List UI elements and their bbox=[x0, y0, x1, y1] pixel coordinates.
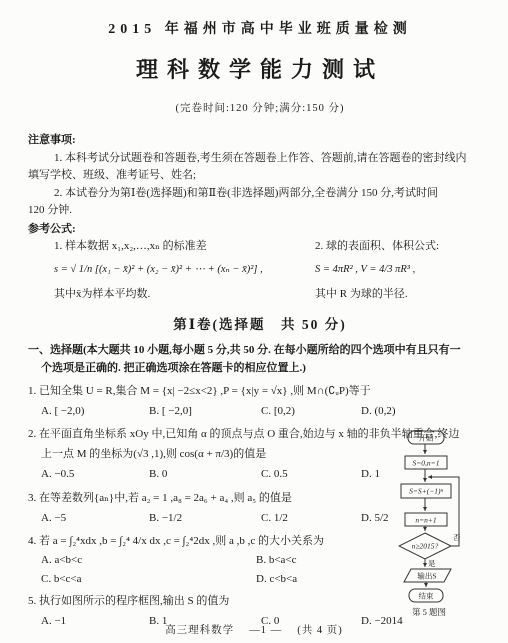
question-1-option-c: C. [0,2) bbox=[261, 401, 361, 422]
question-1-option-d: D. (0,2) bbox=[361, 401, 492, 422]
note-item-1-line-1: 1. 本科考试分试题卷和答题卷,考生须在答题卷上作答、答题前,请在答题卷的密封线… bbox=[28, 150, 492, 168]
flowchart-init-label: S=0,n=1 bbox=[413, 459, 440, 468]
notes-section: 注意事项: 1. 本科考试分试题卷和答题卷,考生须在答题卷上作答、答题前,请在答… bbox=[28, 132, 492, 220]
exam-paper-page: 2015 年福州市高中毕业班质量检测 理科数学能力测试 (完卷时间:120 分钟… bbox=[0, 0, 508, 643]
flowchart-accumulate-label: S=S+(−1)ⁿ bbox=[409, 487, 443, 496]
notes-heading: 注意事项: bbox=[28, 132, 492, 150]
flowchart-diagram: 开始 S=0,n=1 S=S+(−1)ⁿ n=n+1 n≥2015? 否 是 bbox=[398, 429, 508, 604]
formula-right-title: 2. 球的表面积、体积公式: bbox=[315, 238, 488, 256]
formula-left-title: 1. 样本数据 x₁,x₂,…,xₙ 的标准差 bbox=[54, 238, 313, 256]
question-2-option-c: C. 0.5 bbox=[261, 464, 361, 485]
flowchart-no-label: 否 bbox=[453, 533, 461, 542]
formula-right-note: 其中 R 为球的半径. bbox=[315, 285, 488, 301]
instructions-line-2: 个选项是正确的. 把正确选项涂在答题卡的相应位置上.) bbox=[28, 359, 492, 378]
question-1: 1. 已知全集 U = R,集合 M = {x| −2≤x<2} ,P = {x… bbox=[28, 381, 492, 422]
exam-meta: (完卷时间:120 分钟;满分:150 分) bbox=[28, 100, 492, 115]
question-2-option-a: A. −0.5 bbox=[41, 464, 149, 485]
formula-right-expression: S = 4πR² , V = 4/3 πR³ , bbox=[315, 262, 488, 277]
formula-sphere: 2. 球的表面积、体积公式: S = 4πR² , V = 4/3 πR³ , … bbox=[313, 238, 488, 301]
question-1-option-a: A. [ −2,0) bbox=[41, 401, 149, 422]
formulas-heading: 参考公式: bbox=[28, 221, 492, 239]
note-item-1-line-2: 填写学校、班级、准考证号、姓名; bbox=[28, 167, 492, 185]
formula-std-deviation: 1. 样本数据 x₁,x₂,…,xₙ 的标准差 s = √ 1/n [(x₁ −… bbox=[28, 238, 313, 301]
flowchart-increment-label: n=n+1 bbox=[415, 516, 436, 525]
formula-left-note: 其中x̄为样本平均数. bbox=[54, 285, 313, 301]
flowchart-start-label: 开始 bbox=[419, 433, 434, 443]
reference-formulas-section: 参考公式: 1. 样本数据 x₁,x₂,…,xₙ 的标准差 s = √ 1/n … bbox=[28, 221, 492, 301]
question-4-option-a: A. a<b<c bbox=[41, 551, 256, 570]
flowchart-end-label: 结束 bbox=[419, 591, 434, 601]
flowchart-caption: 第 5 题图 bbox=[398, 606, 460, 618]
note-item-2-line-1: 2. 本试卷分为第Ⅰ卷(选择题)和第Ⅱ卷(非选择题)两部分,全卷满分 150 分… bbox=[28, 185, 492, 203]
question-4-option-c: C. b<c<a bbox=[41, 570, 256, 589]
question-3-option-a: A. −5 bbox=[41, 508, 149, 529]
formula-left-expression: s = √ 1/n [(x₁ − x̄)² + (x₂ − x̄)² + ⋯ +… bbox=[54, 262, 313, 277]
page-footer: 高三理科数学 —1 — (共 4 页) bbox=[0, 622, 508, 637]
flowchart-output-label: 输出S bbox=[417, 571, 436, 581]
question-2-option-b: B. 0 bbox=[149, 464, 261, 485]
section-1-instructions: 一、选择题(本大题共 10 小题,每小题 5 分,共 50 分. 在每小题所给的… bbox=[28, 341, 492, 378]
question-1-options: A. [ −2,0) B. [ −2,0] C. [0,2) D. (0,2) bbox=[28, 401, 492, 422]
question-3-option-b: B. −1/2 bbox=[149, 508, 261, 529]
question-1-text: 1. 已知全集 U = R,集合 M = {x| −2≤x<2} ,P = {x… bbox=[28, 381, 492, 401]
question-1-option-b: B. [ −2,0] bbox=[149, 401, 261, 422]
flowchart-yes-label: 是 bbox=[428, 559, 436, 568]
question-3-option-c: C. 1/2 bbox=[261, 508, 361, 529]
instructions-line-1: 一、选择题(本大题共 10 小题,每小题 5 分,共 50 分. 在每小题所给的… bbox=[28, 341, 492, 360]
section-1-heading: 第Ⅰ卷(选择题 共 50 分) bbox=[28, 313, 492, 333]
flowchart-condition-label: n≥2015? bbox=[412, 542, 439, 551]
note-item-2-line-2: 120 分钟. bbox=[28, 202, 492, 220]
question-5-flowchart: 开始 S=0,n=1 S=S+(−1)ⁿ n=n+1 n≥2015? 否 是 bbox=[398, 429, 508, 629]
page-title: 理科数学能力测试 bbox=[28, 53, 492, 84]
exam-session-title: 2015 年福州市高中毕业班质量检测 bbox=[28, 18, 492, 38]
